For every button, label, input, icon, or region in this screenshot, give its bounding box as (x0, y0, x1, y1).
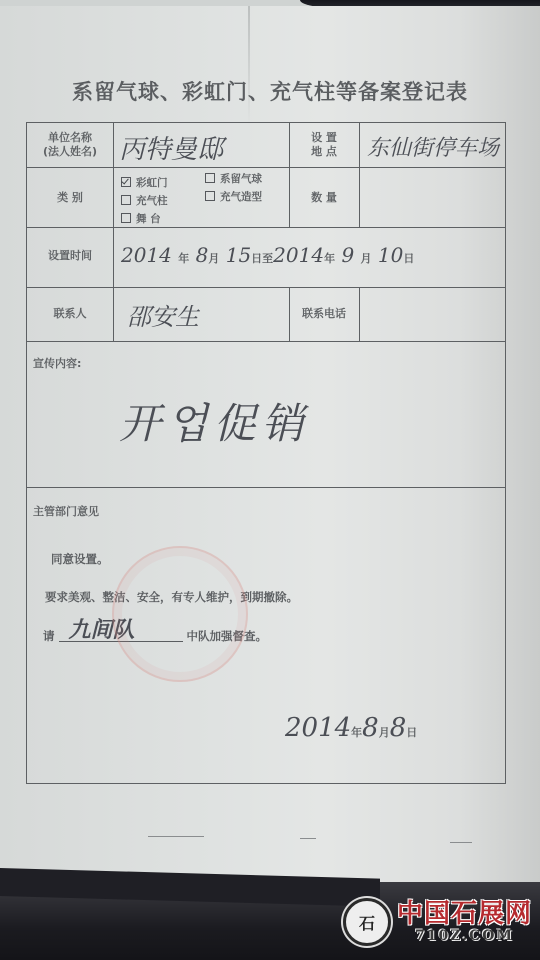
watermark-site-name: 中国石展网 (397, 900, 532, 928)
row-divider (27, 227, 505, 228)
opinion-prefix: 请 (43, 629, 55, 643)
end-year: 2014 (273, 243, 324, 267)
end-day: 10 (378, 243, 403, 267)
end-month: 9 (341, 243, 354, 267)
opinion-approve: 同意设置。 (51, 551, 109, 567)
bleed-dash (450, 842, 472, 843)
month-char: 月 (379, 726, 390, 739)
start-month: 8 (196, 243, 209, 267)
time-label: 设置时间 (27, 249, 113, 263)
row-divider (27, 341, 505, 342)
logo-glyph: 石 (359, 911, 375, 934)
paper-fold (248, 6, 250, 126)
watermark-url: 710Z.COM (415, 928, 514, 944)
time-value[interactable]: 2014 年 8月 15日至2014年 9 月 10日 (121, 243, 414, 267)
row-divider (27, 287, 505, 288)
option-label: 充气造型 (220, 191, 262, 203)
content-value[interactable]: 开업促销 (119, 391, 310, 451)
dark-desk-background: 石 中国石展网 710Z.COM (0, 882, 540, 960)
start-day: 15 (226, 243, 251, 267)
option-label: 彩虹门 (136, 177, 168, 189)
col-divider (359, 287, 360, 341)
row-divider (27, 487, 505, 488)
dept-opinion-label: 主管部门意见 (33, 505, 99, 519)
contact-value[interactable]: 邵安生 (127, 297, 199, 332)
stone-logo-icon: 石 (343, 898, 391, 946)
sign-date[interactable]: 2014年8月8日 (285, 713, 417, 743)
checkbox-icon[interactable] (205, 173, 215, 183)
bleed-dash (300, 838, 316, 839)
location-label-line2: 地 点 (289, 145, 359, 159)
category-option-stage[interactable]: 舞 台 (121, 211, 161, 226)
content-label: 宣传内容: (33, 357, 81, 371)
registration-table: 单位名称 (法人姓名) 丙特曼邸 设 置 地 点 东仙街停车场 类 别 彩虹门 … (26, 122, 506, 784)
unit-name-value[interactable]: 丙特曼邸 (119, 129, 223, 166)
form-title: 系留气球、彩虹门、充气柱等备案登记表 (40, 76, 500, 106)
category-option-inflatable-column[interactable]: 充气柱 (121, 193, 168, 208)
category-option-tethered-balloon[interactable]: 系留气球 (205, 171, 262, 186)
option-label: 系留气球 (220, 173, 262, 185)
bleed-dash (148, 836, 204, 837)
checkbox-icon[interactable] (205, 191, 215, 201)
quantity-label: 数 量 (289, 191, 359, 205)
watermark-text: 中国石展网 710Z.COM (397, 900, 532, 944)
checkbox-icon[interactable] (121, 213, 131, 223)
year-char: 年 (178, 252, 189, 265)
sign-day: 8 (390, 713, 407, 743)
unit-name-label-line1: 单位名称 (27, 131, 113, 145)
location-label-line1: 设 置 (289, 131, 359, 145)
unit-name-label-line2: (法人姓名) (27, 145, 113, 159)
unit-name-label: 单位名称 (法人姓名) (27, 131, 113, 159)
category-option-rainbow-arch[interactable]: 彩虹门 (121, 175, 168, 190)
option-label: 舞 台 (136, 213, 161, 225)
phone-label: 联系电话 (289, 307, 359, 321)
col-divider (359, 123, 360, 227)
checkbox-icon[interactable] (121, 195, 131, 205)
month-char: 月 (361, 252, 372, 265)
month-char: 月 (208, 252, 219, 265)
official-seal-stamp (112, 546, 248, 682)
sign-year: 2014 (285, 713, 351, 743)
category-label: 类 别 (27, 191, 113, 205)
location-label: 设 置 地 点 (289, 131, 359, 159)
col-divider (113, 123, 114, 341)
location-value[interactable]: 东仙街停车场 (367, 131, 499, 162)
day-char: 日 (403, 252, 414, 265)
start-year: 2014 (121, 243, 172, 267)
day-char: 日 (251, 252, 262, 265)
year-char: 年 (324, 252, 335, 265)
category-option-inflatable-model[interactable]: 充气造型 (205, 189, 262, 204)
day-char: 日 (406, 726, 417, 739)
to-char: 至 (262, 252, 273, 265)
sign-month: 8 (362, 713, 379, 743)
site-watermark: 石 中国石展网 710Z.COM (343, 898, 532, 946)
paper-form: 系留气球、彩虹门、充气柱等备案登记表 单位名称 (法人姓名) 丙特曼邸 设 置 … (0, 6, 540, 886)
option-label: 充气柱 (136, 195, 168, 207)
row-divider (27, 167, 505, 168)
year-char: 年 (351, 726, 362, 739)
contact-label: 联系人 (27, 307, 113, 321)
checkbox-checked-icon[interactable] (121, 177, 131, 187)
